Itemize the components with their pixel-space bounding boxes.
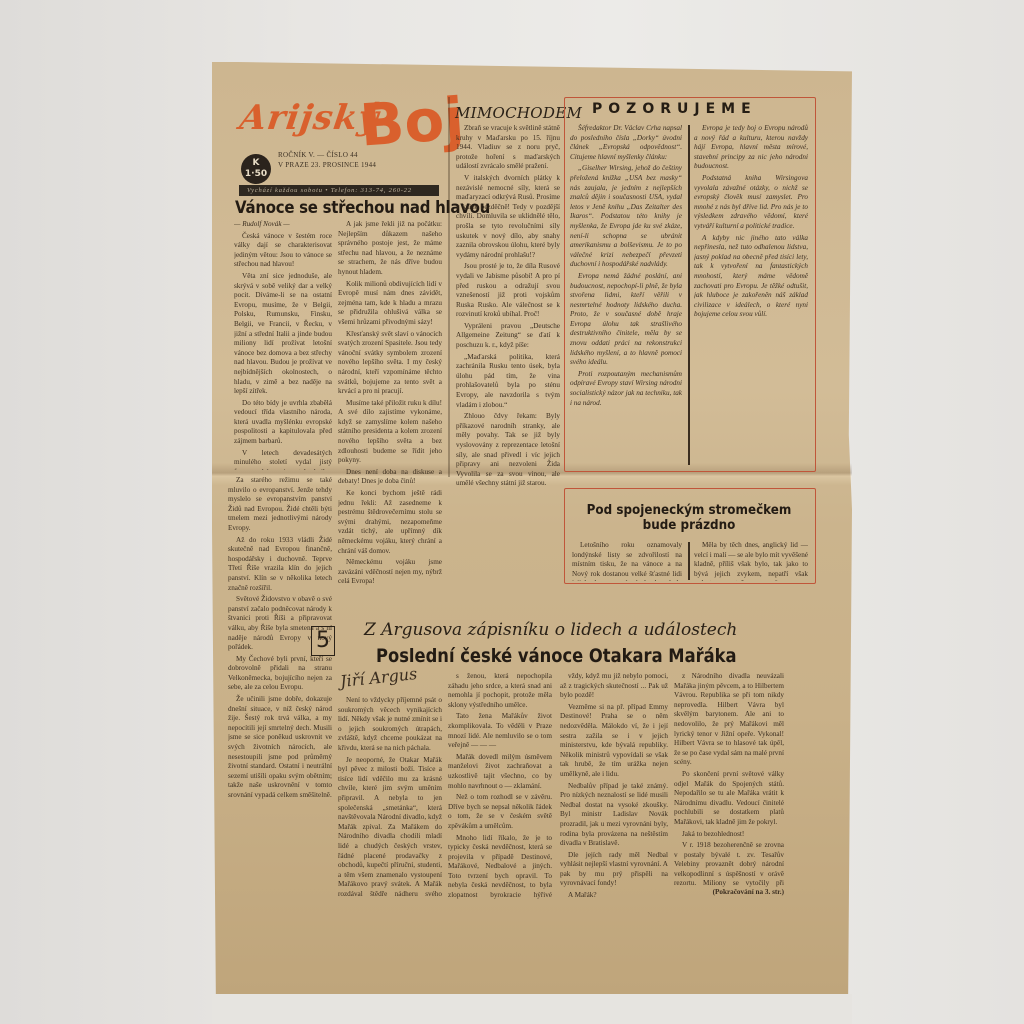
paragraph: Vezměme si na př. případ Emmy Destinové!… <box>560 703 668 780</box>
pozorujeme-col1: Šéfredaktor Dr. Václav Crha napsal do po… <box>570 124 682 466</box>
paragraph: Než o tom rozhodl se v závěru. Dříve byc… <box>448 793 552 831</box>
marak-article-col2: s ženou, která nepochopila záhadu jeho s… <box>448 672 552 900</box>
pozorujeme-col2: Evropa je tedy boj o Evropu národů a nov… <box>694 124 808 466</box>
table-surface <box>212 994 852 1024</box>
info-bar: Vychází každou sobotu • Telefon: 313-74,… <box>239 185 439 196</box>
paragraph: A Mařák? <box>560 891 668 900</box>
paragraph: Že učinili jsme dobře, dokazuje dnešní s… <box>228 695 332 801</box>
paragraph: Musíme také přiložit ruku k dílu! A své … <box>338 399 442 466</box>
paragraph: Je neoporné, že Otakar Mařák byl pěvec z… <box>338 756 442 900</box>
paragraph: Zbraň se vracuje k světlině státně kruhy… <box>456 124 560 172</box>
paragraph: Evropa je tedy boj o Evropu národů a nov… <box>694 124 808 172</box>
paragraph: Není to vždycky příjemné psát o soukromý… <box>338 696 442 754</box>
column-rule <box>688 125 690 465</box>
byline: — Rudolf Novák — <box>234 220 332 230</box>
paragraph: Zhlouo čdvy řekam: Byly příkazové narodn… <box>456 412 560 489</box>
continuation-note: (Pokračování na 3. str.) <box>674 888 784 900</box>
paragraph: My Čechové byli první, kteří se dobrovol… <box>228 655 332 693</box>
paragraph: Jaká to bezohlednost! <box>674 830 784 840</box>
paragraph: s ženou, která nepochopila záhadu jeho s… <box>448 672 552 710</box>
paragraph: Věta zní sice jednoduše, ale skrývá v so… <box>234 272 332 397</box>
paragraph: Jsou prosté je to, že díla Rusové vydali… <box>456 262 560 320</box>
paragraph: Dle jejích rady měl Nedbal vyhlásit nejl… <box>560 851 668 889</box>
marak-article-col1: Není to vždycky příjemné psát o soukromý… <box>338 696 442 900</box>
column-rule <box>688 542 690 580</box>
lead-article-col1: — Rudolf Novák —Česká vánoce v šestém ro… <box>234 220 332 470</box>
paragraph: Evropa nemá žádné poslání, ani budoucnos… <box>570 272 682 368</box>
paragraph: Do této bídy je uvrhla zbabělá vedoucí t… <box>234 399 332 447</box>
lead-article-col2: A jak jsme řekli již na počátku: Nejlepš… <box>338 220 442 612</box>
pod-spojeneckym-headline: Pod spojeneckým stromečkem bude prázdno <box>576 503 802 533</box>
paragraph: Šéfredaktor Dr. Václav Crha napsal do po… <box>570 124 682 162</box>
marak-article-col4: z Národního divadla neuvázali Mařáka jin… <box>674 672 784 890</box>
pod-spojeneckym-col1: Letošního roku oznamovaly londýnské list… <box>572 541 682 581</box>
marak-article-col3: vždy, když mu již nebylo pomoci, až z tr… <box>560 672 668 900</box>
lead-article-col1-continued: Za starého režimu se také mluvilo o evro… <box>228 476 332 884</box>
paragraph: Česká vánoce v šestém roce války dají se… <box>234 232 332 270</box>
marak-headline: Poslední české vánoce Otakara Mařáka <box>376 645 737 667</box>
paragraph: A kdyby nic jiného tato válka nepřinesla… <box>694 234 808 320</box>
paragraph: Až do roku 1933 vládli Židé skutečně nad… <box>228 536 332 594</box>
paragraph: Po skončení první světové války odjel Ma… <box>674 770 784 828</box>
column-rule <box>448 97 450 477</box>
paragraph: Tato žena Mařákův život zkomplikovala. T… <box>448 712 552 750</box>
paragraph: Německému vojáku jsme zavázáni vděčností… <box>338 558 442 587</box>
paragraph: Podstatná kniha Wirsingova vyvolala záva… <box>694 174 808 232</box>
paragraph: Ke konci bychom ještě rádi jednu řekli: … <box>338 489 442 556</box>
paragraph: Nedbalův případ je také známý. Pro nízký… <box>560 782 668 849</box>
paragraph: V r. 1918 bezoherenčně se zrovna v posta… <box>674 841 784 890</box>
series-number-box: 5 <box>311 626 335 656</box>
paragraph: vždy, když mu již nebylo pomoci, až z tr… <box>560 672 668 701</box>
issue-info: Ročník V. — Číslo 44 V Praze 23. prosinc… <box>278 150 376 170</box>
paragraph: Dnes není doba na diskuse a debaty! Dnes… <box>338 468 442 487</box>
paragraph: Kolik milionů obdivujících lidí v Evropě… <box>338 280 442 328</box>
price-badge: K 1·50 <box>241 154 271 184</box>
paragraph: Proti rozpoutaným mechanismům odpíravé E… <box>570 370 682 408</box>
paragraph: „Maďarská politika, která zachránila Rus… <box>456 353 560 411</box>
paragraph: Mařák dovedl milým úsměvem manželovi živ… <box>448 753 552 791</box>
paragraph: Vypráleni pravou „Deutsche Allgemeine Ze… <box>456 322 560 351</box>
series-title: Z Argusova zápisníku o lidech a událoste… <box>364 620 737 640</box>
pozorujeme-title: POZORUJEME <box>592 101 757 117</box>
mimochodem-column: Zbraň se vracuje k světlině státně kruhy… <box>456 124 560 490</box>
paragraph: Za starého režimu se také mluvilo o evro… <box>228 476 332 534</box>
paragraph: Křesťanský svět slaví o vánocích svatých… <box>338 330 442 397</box>
paragraph: A jak jsme řekli již na počátku: Nejlepš… <box>338 220 442 278</box>
paragraph: „Giselher Wirsing, jehož do češtiny přel… <box>570 164 682 270</box>
paragraph: V letech devadesátých minulého století v… <box>234 449 332 470</box>
pod-spojeneckym-col2: Měla by těch dnes, anglický lid — velcí … <box>694 541 808 581</box>
paragraph: V italských dvorních plátky k nezávislé … <box>456 174 560 260</box>
paragraph: Mnoho lidí říkalo, že je to typicky česk… <box>448 834 552 901</box>
paragraph: z Národního divadla neuvázali Mařáka jin… <box>674 672 784 768</box>
lead-headline: Vánoce se střechou nad hlavou <box>235 198 490 218</box>
